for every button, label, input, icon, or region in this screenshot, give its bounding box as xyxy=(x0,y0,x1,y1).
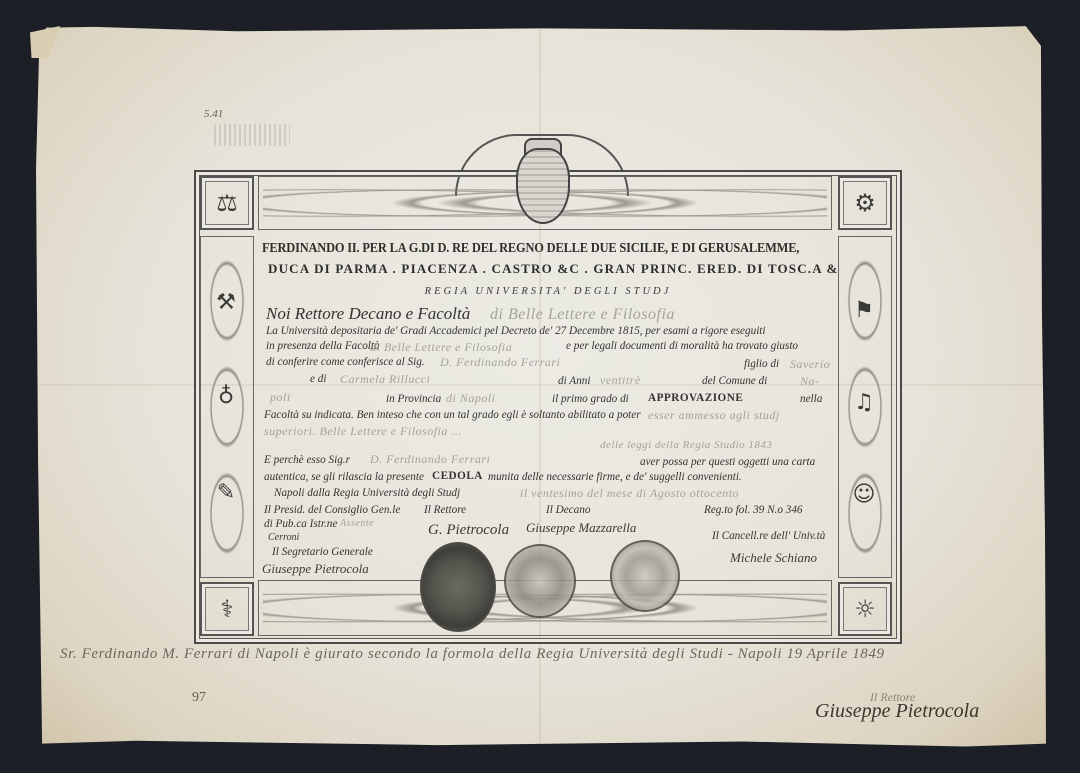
royal-title-continued: DUCA DI PARMA . PIACENZA . CASTRO &C . G… xyxy=(262,261,840,277)
body-line-4c: del Comune di xyxy=(702,375,767,387)
body-line-6a: Facoltà su indicata. Ben inteso che con … xyxy=(264,409,641,421)
instrument-icon: ♁ xyxy=(206,386,246,408)
body-line-11a: Napoli dalla Regia Università degli Stud… xyxy=(274,487,460,499)
university-name: REGIA UNIVERSITA' DEGLI STUDJ xyxy=(262,286,834,297)
archive-number: 5.41 xyxy=(204,108,223,120)
tools-icon: ⚒ xyxy=(206,292,246,314)
father-name: Saverio xyxy=(790,357,830,372)
body-line-3a: di conferire come conferisce al Sig. xyxy=(266,356,425,368)
faded-stamp xyxy=(214,124,290,146)
faculty-seal xyxy=(610,540,680,612)
body-line-5b: il primo grado di xyxy=(552,393,629,405)
body-line-6-hand: esser ammesso agli studj xyxy=(648,408,780,423)
royal-title: FERDINANDO II. PER LA G.DI D. RE DEL REG… xyxy=(262,240,788,256)
footer-rector-signature: Giuseppe Pietrocola xyxy=(815,700,979,723)
body-line-4a: e di xyxy=(310,373,326,385)
body-line-4b: di Anni xyxy=(558,375,590,387)
body-line-2a: in presenza della Facoltà xyxy=(266,340,380,352)
president-absent: Assente xyxy=(340,518,374,529)
body-line-8-hand: delle leggi della Regia Studio 1843 xyxy=(600,439,772,451)
body-line-2b: e per legali documenti di moralità ha tr… xyxy=(566,340,798,352)
faculty-handwritten: di Belle Lettere e Filosofia xyxy=(490,306,675,324)
recipient-name: D. Ferdinando Ferrari xyxy=(440,355,560,370)
scales-icon: ⚖ xyxy=(200,176,254,230)
president-label: Il Presid. del Consiglio Gen.le xyxy=(264,504,400,516)
body-line-10b: munita delle necessarie firme, e de' sug… xyxy=(488,471,742,483)
coat-of-arms-icon xyxy=(516,148,570,224)
chancellor-label: Il Cancell.re dell' Univ.tà xyxy=(712,530,825,542)
body-line-7-hand: superiori. Belle Lettere e Filosofia ... xyxy=(264,424,462,439)
rector-label: Il Rettore xyxy=(424,504,466,516)
ink-mark: 97 xyxy=(192,690,206,706)
chancellor-signature: Michele Schiano xyxy=(730,550,817,566)
body-line-9a: E perchè esso Sig.r xyxy=(264,454,350,466)
body-line-3b: figlio di xyxy=(744,358,779,370)
body-line-2-hand: di Belle Lettere e Filosofia xyxy=(370,340,512,355)
snake-cup-icon: ⚕ xyxy=(200,582,254,636)
secretary-label: Il Segretario Generale xyxy=(272,546,373,558)
secretary-signature: Giuseppe Pietrocola xyxy=(262,561,369,577)
body-line-5a: in Provincia xyxy=(386,393,441,405)
register-number: Reg.to fol. 39 N.o 346 xyxy=(704,504,803,516)
body-line-10a: autentica, se gli rilascia la presente xyxy=(264,471,424,483)
lyre-icon: ♫ xyxy=(844,392,884,414)
dean-signature: Giuseppe Mazzarella xyxy=(526,520,636,536)
cedola-word: CEDOLA xyxy=(432,470,483,482)
body-line-5c: nella xyxy=(800,393,822,405)
commune-handwritten: Na- xyxy=(800,374,820,389)
globe-instruments-icon: ⚙ xyxy=(838,176,892,230)
province-handwritten: di Napoli xyxy=(446,391,496,406)
recipient-name-repeat: D. Ferdinando Ferrari xyxy=(370,452,490,467)
oath-annotation: Sr. Ferdinando M. Ferrari di Napoli è gi… xyxy=(60,646,885,663)
rector-signature: G. Pietrocola xyxy=(428,522,509,539)
opening-phrase: Noi Rettore Decano e Facoltà xyxy=(266,304,470,324)
royal-seal xyxy=(504,544,576,618)
commune-handwritten-cont: poli xyxy=(270,390,291,405)
sun-book-icon: ☼ xyxy=(838,582,892,636)
university-seal-dark xyxy=(420,542,496,632)
flags-trumpet-icon: ⚑ xyxy=(844,300,884,322)
date-handwritten: il ventesimo del mese di Agosto ottocent… xyxy=(520,486,739,501)
dean-label: Il Decano xyxy=(546,504,590,516)
degree-approvazione: APPROVAZIONE xyxy=(648,392,743,404)
body-line-9b: aver possa per questi oggetti una carta xyxy=(640,456,815,468)
president-label-2: di Pub.ca Istr.ne xyxy=(264,518,337,530)
secretary-note: Cerroni xyxy=(268,532,299,543)
scroll-quill-icon: ✎ xyxy=(206,482,246,504)
body-line-1: La Università depositaria de' Gradi Acca… xyxy=(266,325,766,337)
theatre-mask-icon: ☺ xyxy=(844,484,884,506)
mother-name: Carmela Rillucci xyxy=(340,372,430,387)
age-handwritten: ventitrè xyxy=(600,373,641,388)
